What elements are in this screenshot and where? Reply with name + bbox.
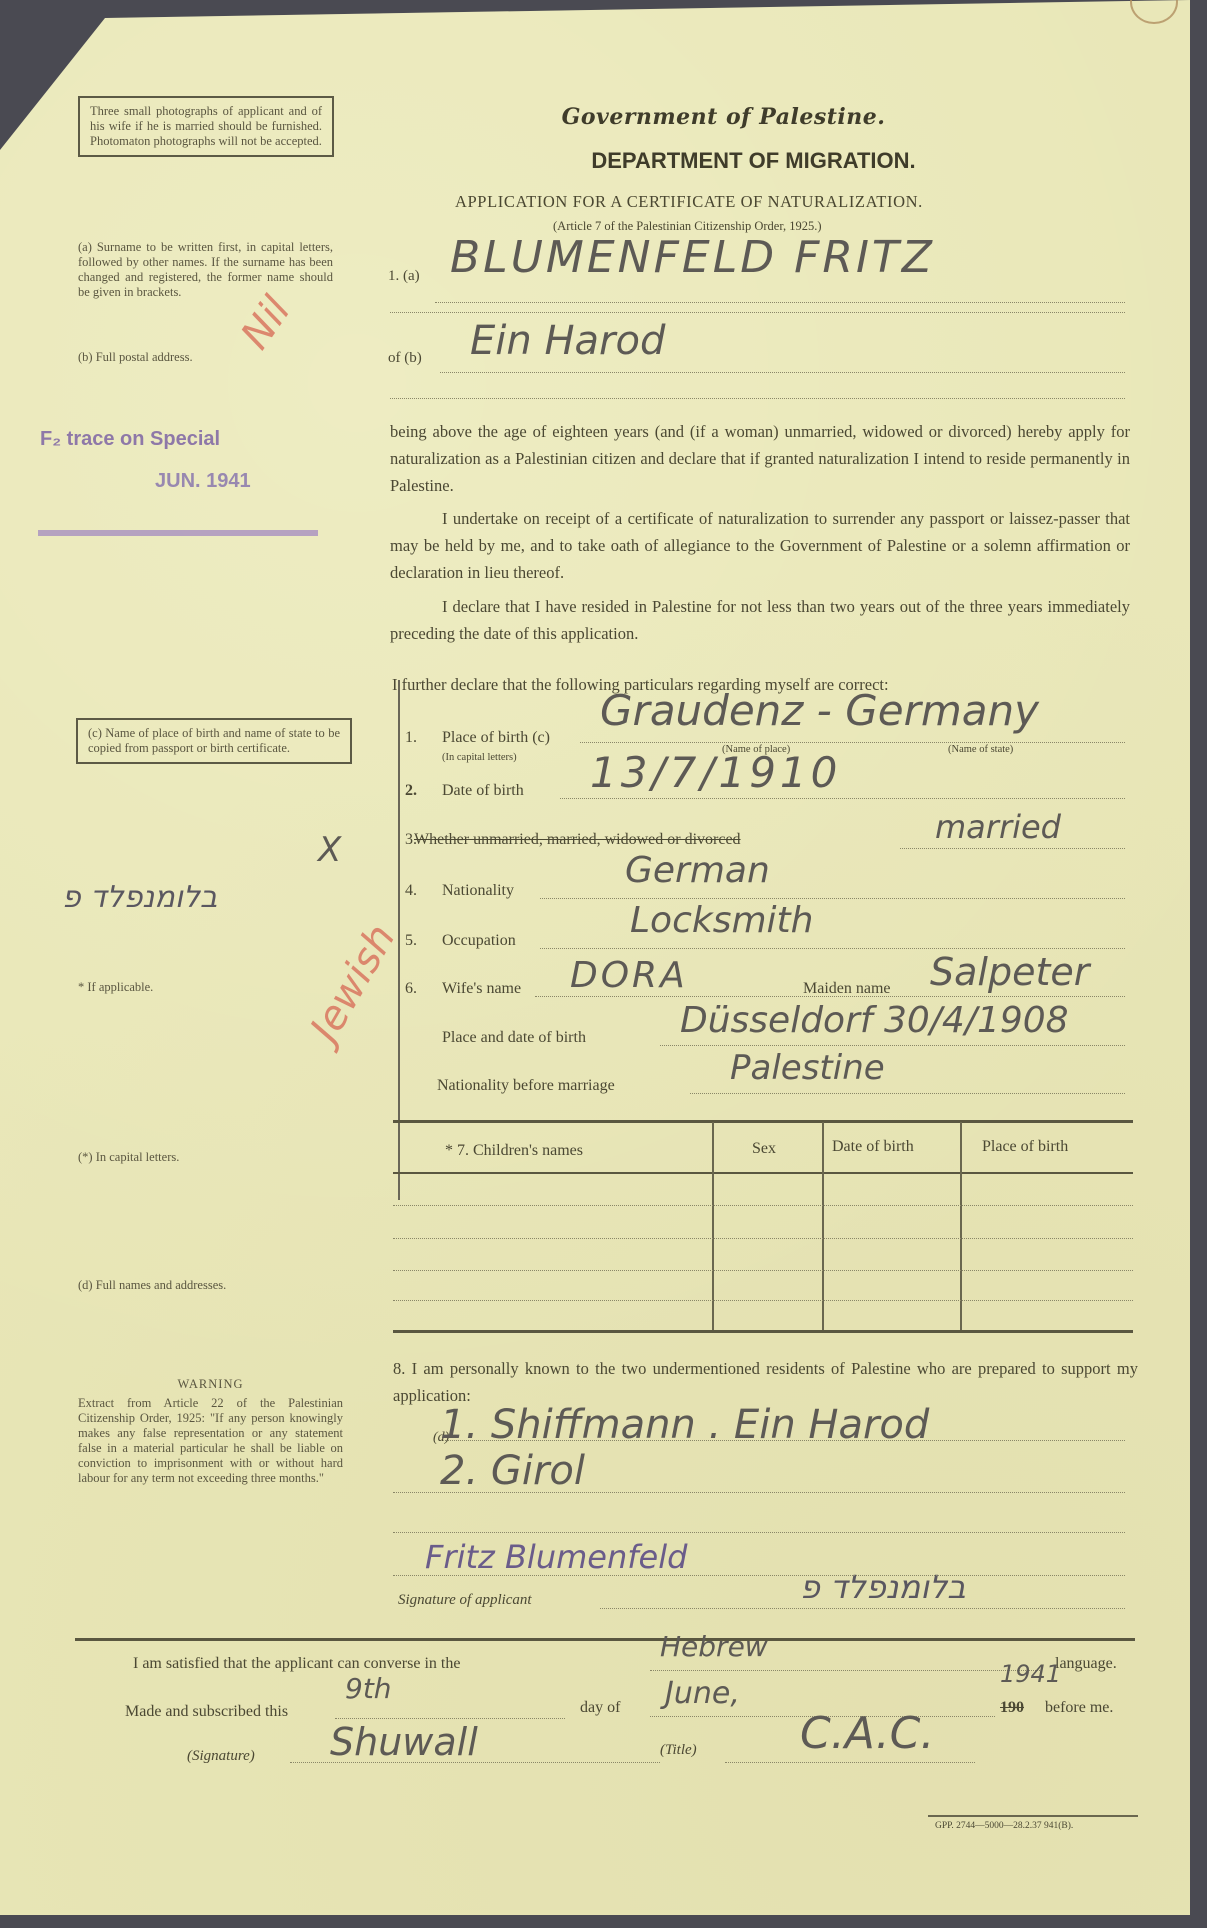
occupation-value: Locksmith bbox=[630, 900, 813, 941]
applicant-address: Ein Harod bbox=[470, 318, 665, 364]
wife-nationality-value: Palestine bbox=[730, 1048, 885, 1088]
footer-rule bbox=[928, 1815, 1138, 1817]
note-d: (d) Full names and addresses. bbox=[78, 1278, 226, 1293]
place-of-birth-label: Place of birth (c) bbox=[442, 729, 550, 747]
place-of-birth-line bbox=[580, 742, 1125, 743]
paragraph-3: I declare that I have resided in Palesti… bbox=[390, 593, 1130, 647]
language-suffix: language. bbox=[1055, 1655, 1117, 1673]
signature-upper-line bbox=[393, 1575, 1125, 1576]
year-printed: 190 bbox=[1000, 1699, 1024, 1717]
nationality-line bbox=[540, 898, 1125, 899]
government-heading: Government of Palestine. bbox=[120, 104, 1207, 130]
marital-status-value: married bbox=[935, 808, 1061, 846]
date-of-birth-line bbox=[560, 798, 1125, 799]
referee-1: 1. Shiffmann . Ein Harod bbox=[440, 1402, 929, 1448]
applicant-name: BLUMENFELD FRITZ bbox=[450, 232, 935, 283]
nationality-value: German bbox=[625, 850, 770, 891]
item-4-number: 4. bbox=[405, 882, 417, 900]
table-row-line-3 bbox=[393, 1270, 1133, 1271]
nationality-label: Nationality bbox=[442, 882, 514, 900]
paragraph-2: I undertake on receipt of a certificate … bbox=[390, 505, 1130, 586]
name-line-2 bbox=[390, 312, 1125, 313]
before-me-label: before me. bbox=[1045, 1699, 1113, 1717]
day-line bbox=[335, 1718, 565, 1719]
referee-3-line bbox=[393, 1532, 1125, 1533]
date-of-birth-value: 13/7/1910 bbox=[590, 748, 841, 797]
department-heading: DEPARTMENT OF MIGRATION. bbox=[150, 148, 1207, 174]
note-a: (a) Surname to be written first, in capi… bbox=[78, 240, 333, 300]
table-top-rule bbox=[393, 1120, 1133, 1123]
referees-text: 8. I am personally known to the two unde… bbox=[393, 1355, 1138, 1409]
signature-line bbox=[600, 1608, 1125, 1609]
item-1a-label: 1. (a) bbox=[388, 268, 420, 285]
month-value: June, bbox=[665, 1676, 740, 1711]
trace-stamp-date: JUN. 1941 bbox=[155, 470, 251, 493]
wife-birth-label: Place and date of birth bbox=[442, 1029, 586, 1047]
paragraph-1: being above the age of eighteen years (a… bbox=[390, 418, 1130, 499]
hebrew-margin-name: בלומנפלד פ bbox=[62, 880, 217, 915]
application-title: APPLICATION FOR A CERTIFICATE OF NATURAL… bbox=[455, 192, 923, 212]
print-code: GPP. 2744—5000—28.2.37 941(B). bbox=[935, 1821, 1073, 1831]
marital-status-label: Whether unmarried, married, widowed or d… bbox=[414, 831, 741, 849]
official-signature-value: Shuwall bbox=[330, 1720, 478, 1764]
signature-of-applicant-label: Signature of applicant bbox=[398, 1592, 532, 1609]
col-date-of-birth: Date of birth bbox=[832, 1138, 914, 1156]
table-row-line-1 bbox=[393, 1205, 1133, 1206]
note-c-box: (c) Name of place of birth and name of s… bbox=[76, 718, 352, 764]
capital-letters-note: (*) In capital letters. bbox=[78, 1150, 179, 1165]
name-of-state-caption: (Name of state) bbox=[948, 744, 1013, 755]
col-children-names: * 7. Children's names bbox=[445, 1142, 583, 1160]
date-of-birth-label: Date of birth bbox=[442, 782, 524, 800]
official-title-label: (Title) bbox=[660, 1742, 697, 1759]
marital-status-line bbox=[900, 848, 1125, 849]
item-2-number: 2. bbox=[405, 782, 417, 800]
table-row-line-2 bbox=[393, 1238, 1133, 1239]
address-line-2 bbox=[390, 398, 1125, 399]
warning-text: Extract from Article 22 of the Palestini… bbox=[78, 1396, 343, 1486]
official-signature-label: (Signature) bbox=[187, 1748, 255, 1765]
maiden-name-value: Salpeter bbox=[930, 950, 1089, 994]
wife-birth-line bbox=[660, 1045, 1125, 1046]
table-header-rule bbox=[393, 1172, 1133, 1174]
name-line bbox=[435, 302, 1125, 303]
official-divider bbox=[75, 1638, 1135, 1641]
address-line bbox=[440, 372, 1125, 373]
place-of-birth-value: Graudenz - Germany bbox=[600, 686, 1039, 735]
occupation-label: Occupation bbox=[442, 932, 516, 950]
language-line bbox=[650, 1670, 1040, 1671]
table-row-line-4 bbox=[393, 1300, 1133, 1301]
applicant-hebrew-signature: בלומנפלד פ bbox=[800, 1568, 966, 1606]
wife-nationality-line bbox=[690, 1093, 1125, 1094]
item-6-number: 6. bbox=[405, 980, 417, 998]
referee-2: 2. Girol bbox=[440, 1448, 585, 1494]
col-sex: Sex bbox=[752, 1140, 776, 1158]
warning-title: WARNING bbox=[78, 1377, 343, 1392]
col-place-of-birth: Place of birth bbox=[982, 1138, 1068, 1156]
year-value: 1941 bbox=[1000, 1660, 1061, 1688]
if-applicable-note: * If applicable. bbox=[78, 980, 153, 995]
referee-1-line bbox=[445, 1440, 1125, 1441]
occupation-line bbox=[540, 948, 1125, 949]
language-statement: I am satisfied that the applicant can co… bbox=[133, 1655, 460, 1673]
table-col-divider-2 bbox=[822, 1122, 824, 1330]
margin-cross: X bbox=[318, 830, 341, 870]
trace-stamp-line1: F₂ trace on Special bbox=[40, 428, 220, 451]
referee-2-line bbox=[393, 1492, 1125, 1493]
day-value: 9th bbox=[345, 1672, 392, 1705]
note-c-text: (c) Name of place of birth and name of s… bbox=[88, 726, 340, 755]
wife-name-label: Wife's name bbox=[442, 980, 521, 998]
wife-nationality-label: Nationality before marriage bbox=[437, 1077, 615, 1095]
wife-birth-value: Düsseldorf 30/4/1908 bbox=[680, 1000, 1069, 1041]
wife-name-line bbox=[535, 996, 1125, 997]
official-signature-line bbox=[290, 1762, 660, 1763]
of-b-label: of (b) bbox=[388, 350, 422, 367]
made-subscribed-label: Made and subscribed this bbox=[125, 1703, 288, 1721]
applicant-signature: Fritz Blumenfeld bbox=[425, 1538, 687, 1576]
official-title-line bbox=[725, 1762, 975, 1763]
official-title-value: C.A.C. bbox=[800, 1708, 934, 1759]
note-b: (b) Full postal address. bbox=[78, 350, 333, 365]
place-of-birth-sub: (In capital letters) bbox=[442, 752, 517, 763]
item-1-number: 1. bbox=[405, 729, 417, 747]
language-value: Hebrew bbox=[660, 1630, 768, 1663]
stamp-strikeline bbox=[38, 530, 318, 536]
day-of-label: day of bbox=[580, 1699, 620, 1717]
table-bottom-rule bbox=[393, 1330, 1133, 1333]
table-col-divider-1 bbox=[712, 1122, 714, 1330]
wife-name-value: DORA bbox=[570, 955, 688, 996]
item-5-number: 5. bbox=[405, 932, 417, 950]
table-col-divider-3 bbox=[960, 1122, 962, 1330]
